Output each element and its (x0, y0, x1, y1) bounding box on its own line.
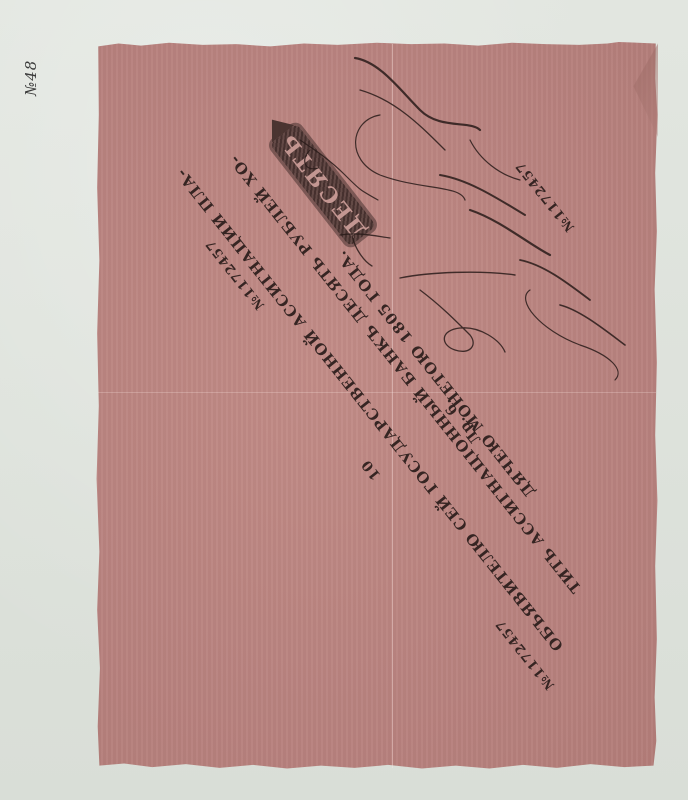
horizontal-crease (98, 392, 656, 393)
pencil-catalog-note: №48 (22, 60, 40, 96)
vertical-crease (392, 44, 393, 768)
